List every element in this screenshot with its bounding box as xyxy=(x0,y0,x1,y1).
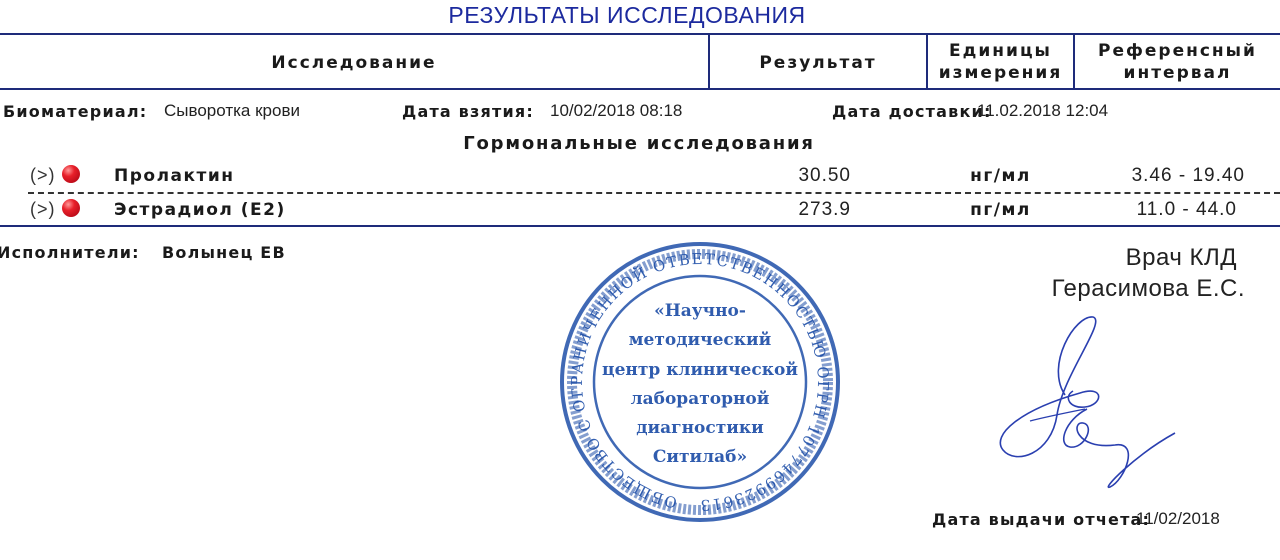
test-reference: 3.46 - 19.40 xyxy=(1075,165,1245,187)
collection-date-label: Дата взятия: xyxy=(402,102,534,121)
section-title: Гормональные исследования xyxy=(0,133,1278,154)
test-units: пг/мл xyxy=(928,200,1073,220)
units-header-line1: Единицы xyxy=(928,40,1073,62)
test-value: 273.9 xyxy=(700,199,851,221)
doctor-signature-icon xyxy=(985,305,1195,495)
issue-date-value: 11/02/2018 xyxy=(1136,509,1220,529)
stamp-line: диагностики xyxy=(636,418,764,438)
test-units: нг/мл xyxy=(928,166,1073,186)
issue-date-label: Дата выдачи отчета: xyxy=(932,510,1150,529)
biomaterial-label: Биоматериал: xyxy=(3,102,147,121)
high-flag: (>) xyxy=(30,165,56,186)
biomaterial-value: Сыворотка крови xyxy=(164,101,300,121)
column-header-test: Исследование xyxy=(0,52,708,74)
header-bottom-border xyxy=(0,88,1280,90)
red-alert-dot-icon xyxy=(62,165,80,183)
red-alert-dot-icon xyxy=(62,199,80,217)
test-name: Эстрадиол (E2) xyxy=(114,200,286,220)
test-value: 30.50 xyxy=(700,165,851,187)
organization-stamp-icon: ОБЩЕСТВО С ОГРАНИЧЕННОЙ ОТВЕТСТВЕННОСТЬЮ… xyxy=(555,238,845,523)
reference-header-line2: интервал xyxy=(1075,62,1280,84)
results-bottom-border xyxy=(0,225,1280,227)
column-header-units: Единицы измерения xyxy=(928,40,1073,84)
document-title: РЕЗУЛЬТАТЫ ИССЛЕДОВАНИЯ xyxy=(0,2,1254,29)
reference-header-line1: Референсный xyxy=(1075,40,1280,62)
stamp-line: методический xyxy=(629,330,772,350)
performers-value: Волынец ЕВ xyxy=(162,243,286,262)
delivery-date-value: 11.02.2018 12:04 xyxy=(977,101,1108,121)
doctor-name: Герасимова Е.С. xyxy=(1052,275,1245,303)
row-separator xyxy=(28,192,1280,194)
delivery-date-label: Дата доставки: xyxy=(832,102,992,121)
units-header-line2: измерения xyxy=(928,62,1073,84)
stamp-line: лабораторной xyxy=(631,389,770,409)
stamp-line: «Научно- xyxy=(654,301,746,321)
stamp-line: центр клинической xyxy=(602,360,798,380)
doctor-title: Врач КЛД xyxy=(1126,244,1237,272)
header-top-border xyxy=(0,33,1280,35)
column-header-result: Результат xyxy=(710,52,926,74)
performers-label: Исполнители: xyxy=(0,243,140,262)
collection-date-value: 10/02/2018 08:18 xyxy=(550,101,682,121)
test-reference: 11.0 - 44.0 xyxy=(1075,199,1237,221)
high-flag: (>) xyxy=(30,199,56,220)
stamp-line: Ситилаб» xyxy=(653,447,747,467)
test-name: Пролактин xyxy=(114,166,235,186)
column-header-reference: Референсный интервал xyxy=(1075,40,1280,84)
